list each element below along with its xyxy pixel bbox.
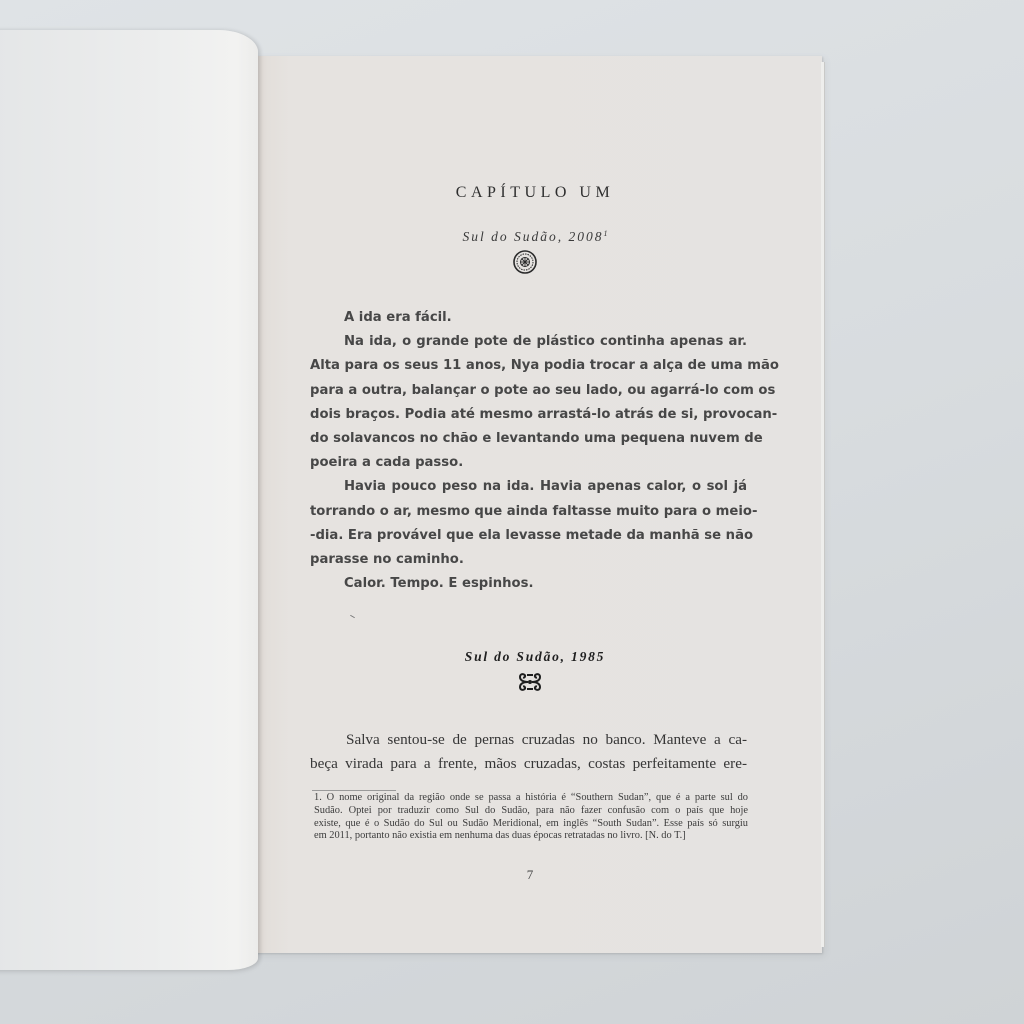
paragraph-line: parasse no caminho. (310, 548, 747, 572)
section-heading-text: Sul do Sudão, 2008 (462, 229, 603, 244)
paragraph-line: para a outra, balançar o pote ao seu lad… (310, 379, 747, 403)
paragraph-line: poeira a cada passo. (310, 451, 747, 475)
chapter-body-2008: A ida era fácil. Na ida, o grande pote d… (310, 306, 747, 596)
footnote-reference[interactable]: 1 (604, 229, 608, 238)
chapter-body-1985: Salva sentou-se de pernas cruzadas no ba… (310, 728, 747, 776)
footnote-divider (312, 790, 396, 791)
paragraph-line: Alta para os seus 11 anos, Nya podia tro… (310, 354, 747, 378)
paragraph-line: A ida era fácil. (310, 306, 747, 330)
footnote-line: 1. O nome original da região onde se pas… (314, 792, 748, 805)
footnote-line: em 2011, portanto não existia em nenhuma… (314, 830, 748, 843)
footnote-line: Sudão. Optei por traduzir como Sul do Su… (314, 805, 748, 818)
page-edge (821, 62, 825, 947)
left-page-curled (0, 30, 258, 970)
footnote-line: existe, que é o Sudão do Sul ou Sudão Me… (314, 818, 748, 831)
paragraph-line: -dia. Era provável que ela levasse metad… (310, 524, 747, 548)
paragraph-line: Na ida, o grande pote de plástico contin… (310, 330, 747, 354)
section-heading-2008: Sul do Sudão, 20081 (300, 229, 770, 245)
section-heading-1985: Sul do Sudão, 1985 (300, 649, 770, 665)
adinkra-knot-ornament-icon (517, 672, 543, 692)
paragraph-line: beça virada para a frente, mãos cruzadas… (310, 752, 747, 776)
paragraph-line: torrando o ar, mesmo que ainda faltasse … (310, 500, 747, 524)
paragraph-line: dois braços. Podia até mesmo arrastá-lo … (310, 403, 747, 427)
page-number: 7 (520, 867, 540, 883)
paragraph-line: Salva sentou-se de pernas cruzadas no ba… (310, 728, 747, 752)
round-medallion-ornament-icon (513, 250, 537, 274)
paragraph-line: do solavancos no chão e levantando uma p… (310, 427, 747, 451)
paragraph-line: Havia pouco peso na ida. Havia apenas ca… (310, 475, 747, 499)
chapter-title: CAPÍTULO UM (300, 184, 770, 202)
footnote: 1. O nome original da região onde se pas… (314, 792, 748, 843)
photo-scene: CAPÍTULO UM Sul do Sudão, 20081 A ida er… (0, 0, 1024, 1024)
paragraph-line: Calor. Tempo. E espinhos. (310, 572, 747, 596)
